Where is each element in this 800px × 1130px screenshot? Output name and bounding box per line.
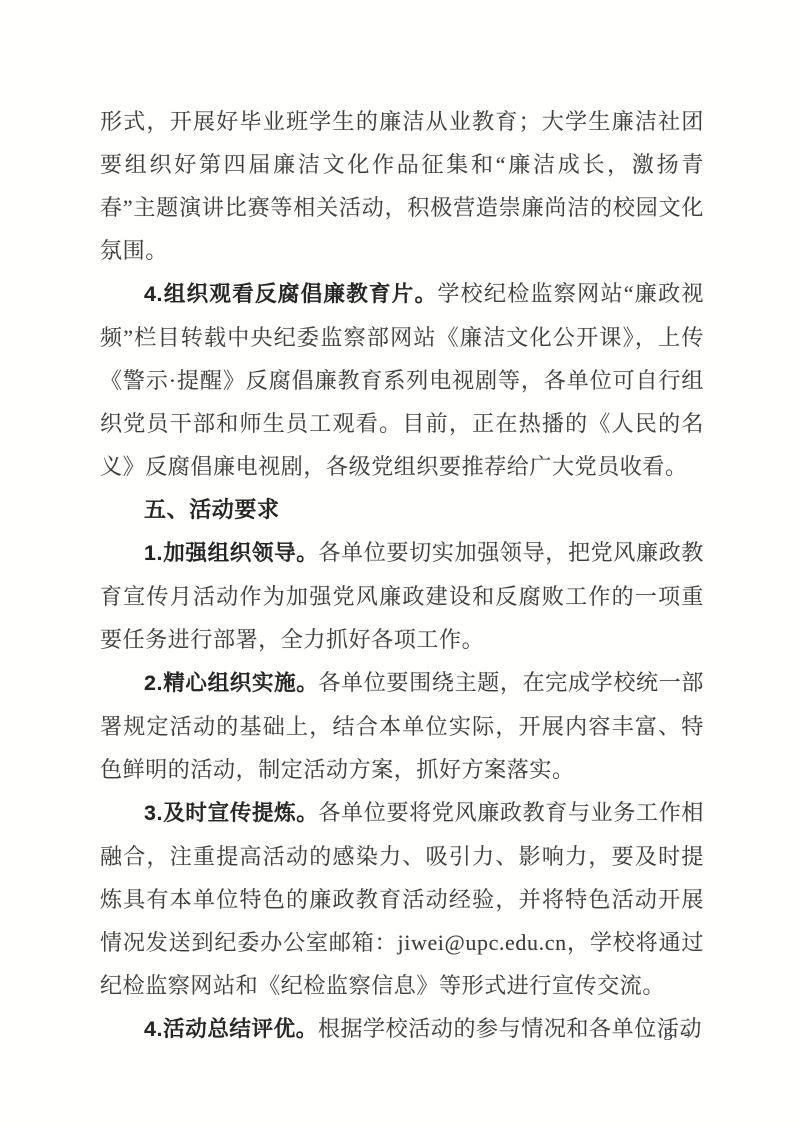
paragraph-lead: 2.精心组织实施。	[144, 671, 318, 695]
section-heading-activity-requirements: 五、活动要求	[100, 488, 704, 531]
paragraph-item-2-implementation: 2.精心组织实施。各单位要围绕主题，在完成学校统一部署规定活动的基础上，结合本单…	[100, 661, 704, 791]
paragraph-lead: 4.组织观看反腐倡廉教育片。	[144, 282, 437, 306]
heading-text: 五、活动要求	[144, 497, 280, 522]
document-page: 形式，开展好毕业班学生的廉洁从业教育；大学生廉洁社团要组织好第四届廉洁文化作品征…	[0, 0, 800, 1130]
paragraph-item-1-leadership: 1.加强组织领导。各单位要切实加强领导，把党风廉政教育宣传月活动作为加强党风廉政…	[100, 531, 704, 661]
paragraph-lead: 3.及时宣传提炼。	[144, 801, 318, 825]
document-content: 形式，开展好毕业班学生的廉洁从业教育；大学生廉洁社团要组织好第四届廉洁文化作品征…	[100, 100, 704, 1051]
paragraph-lead: 4.活动总结评优。	[144, 1017, 318, 1041]
paragraph-text: 各单位要将党风廉政教育与业务工作相融合，注重提高活动的感染力、吸引力、影响力，要…	[100, 800, 704, 998]
paragraph-item-4-education-film: 4.组织观看反腐倡廉教育片。学校纪检监察网站“廉政视频”栏目转载中央纪委监察部网…	[100, 272, 704, 488]
paragraph-item-4-summary-evaluation: 4.活动总结评优。根据学校活动的参与情况和各单位活动	[100, 1007, 704, 1051]
paragraph-lead: 1.加强组织领导。	[144, 541, 318, 565]
paragraph-continuation: 形式，开展好毕业班学生的廉洁从业教育；大学生廉洁社团要组织好第四届廉洁文化作品征…	[100, 100, 704, 272]
paragraph-text: 根据学校活动的参与情况和各单位活动	[318, 1016, 702, 1041]
paragraph-text: 学校纪检监察网站“廉政视频”栏目转载中央纪委监察部网站《廉洁文化公开课》，上传《…	[100, 281, 704, 479]
page-number: - 3 -	[646, 1024, 693, 1046]
paragraph-text: 形式，开展好毕业班学生的廉洁从业教育；大学生廉洁社团要组织好第四届廉洁文化作品征…	[100, 109, 704, 263]
paragraph-item-3-publicity: 3.及时宣传提炼。各单位要将党风廉政教育与业务工作相融合，注重提高活动的感染力、…	[100, 791, 704, 1007]
